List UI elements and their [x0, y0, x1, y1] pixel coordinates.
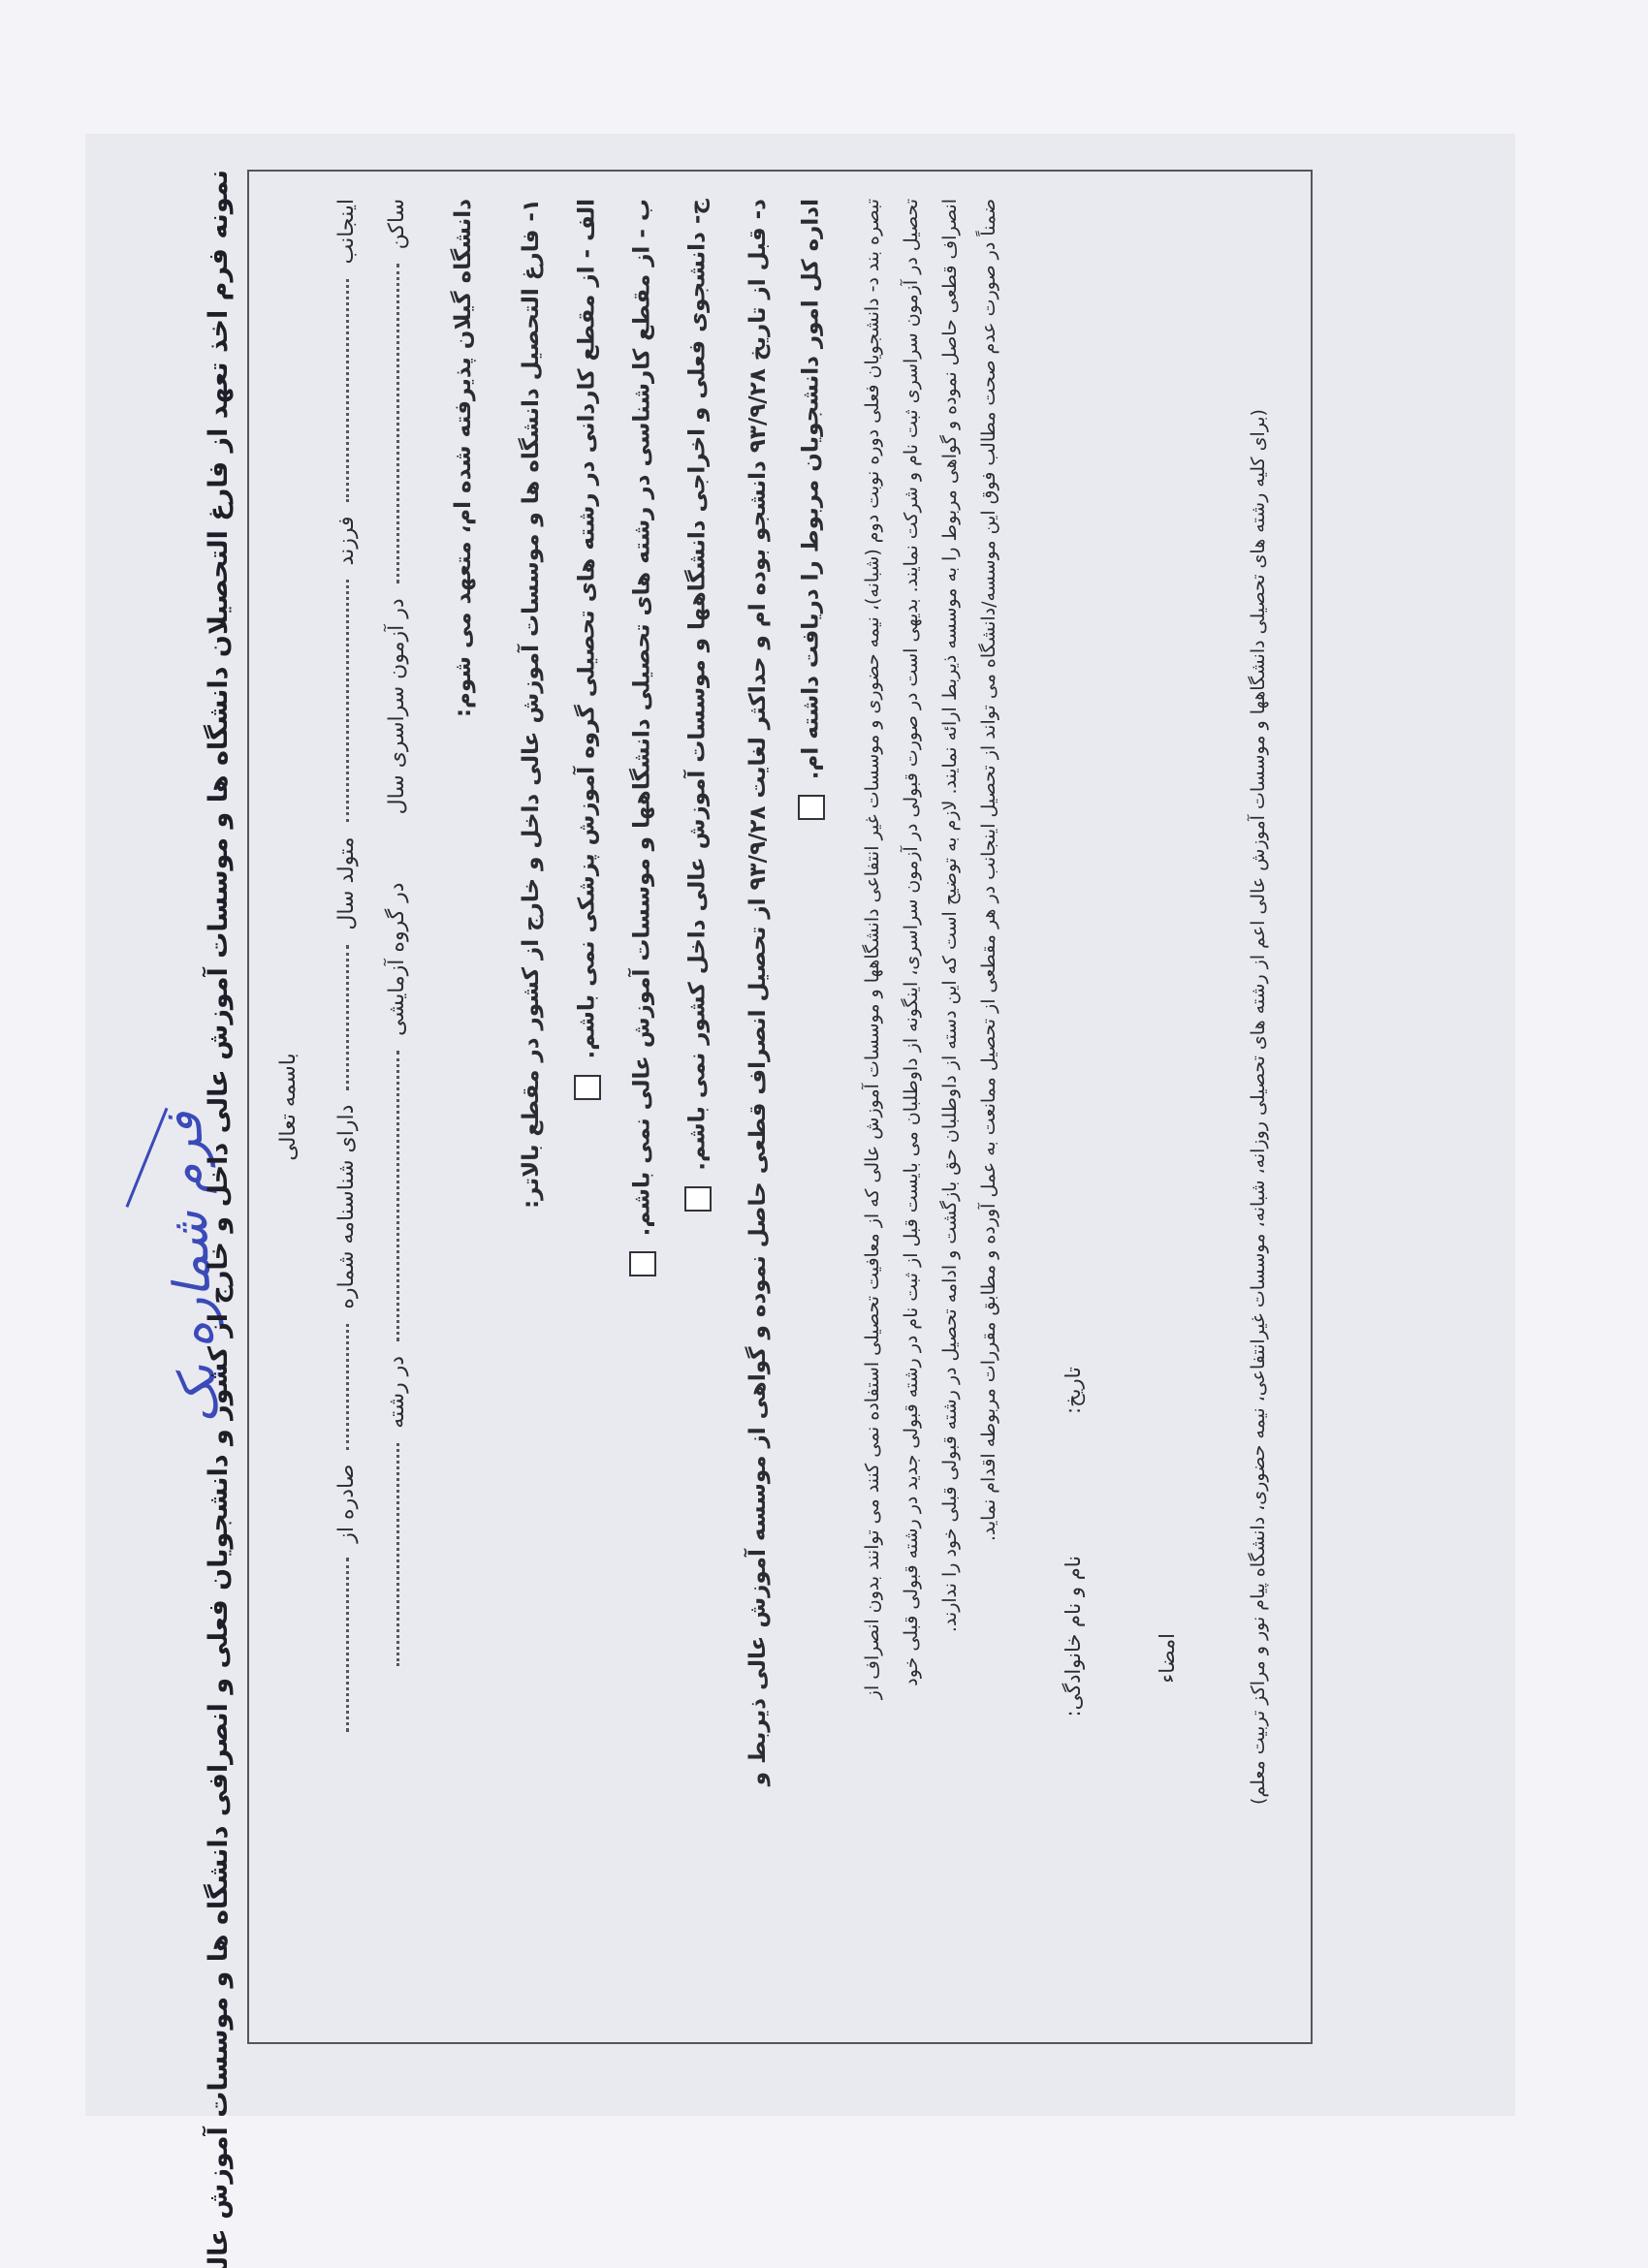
admission-statement: دانشگاه گیلان پذیرفته شده ام، متعهد می ش…	[451, 199, 476, 2015]
clause-a-checkbox[interactable]	[574, 1075, 601, 1100]
clause-b-text: ب - از مقطع کارشناسی در رشته های تحصیلی …	[630, 199, 655, 1236]
field-id-number[interactable]	[346, 1324, 349, 1450]
label-child-of: فرزند	[334, 517, 359, 566]
field-full-name[interactable]	[346, 279, 349, 502]
note-line-2: تحصیل در آزمون سراسری ثبت نام و شرکت نما…	[901, 199, 922, 2015]
full-name-label: نام و نام خانوادگی:	[1062, 1556, 1085, 1717]
identity-line: اینجانب فرزند متولد سال دارای شناسنامه ش…	[334, 199, 359, 2015]
date-label: تاریخ:	[1062, 1367, 1085, 1414]
clause-d-text: اداره کل امور دانشجویان مربوط را دریافت …	[799, 199, 824, 779]
field-issued-from[interactable]	[346, 1558, 349, 1732]
field-father-name[interactable]	[346, 580, 349, 822]
label-major: در رشته	[385, 1356, 409, 1429]
clause-1: ۱- فارغ التحصیل دانشگاه ها و موسسات آموز…	[519, 199, 544, 2015]
label-applicant: اینجانب	[334, 199, 359, 265]
field-birth-year[interactable]	[346, 945, 349, 1090]
signature-label: امضاء	[1156, 1633, 1179, 1684]
clause-b: ب - از مقطع کارشناسی در رشته های تحصیلی …	[629, 199, 656, 2015]
field-major[interactable]	[396, 1443, 399, 1666]
clause-d-line2: اداره کل امور دانشجویان مربوط را دریافت …	[798, 199, 825, 2015]
field-residence[interactable]	[396, 264, 399, 583]
label-birth-year: متولد سال	[334, 836, 359, 929]
form-title: نمونه فرم اخذ تعهد از فارغ التحصیلان دان…	[204, 170, 234, 2044]
footer-note: (برای کلیه رشته های تحصیلی دانشگاهها و م…	[1248, 199, 1269, 2015]
clause-c-text: ج- دانشجوی فعلی و اخراجی دانشگاهها و موس…	[685, 199, 711, 1171]
label-issued-from: صادره از	[334, 1465, 359, 1543]
form-border: باسمه تعالی اینجانب فرزند متولد سال دارا…	[247, 170, 1313, 2044]
note-line-3: انصراف قطعی حاصل نموده و گواهی مربوط را …	[939, 199, 961, 2015]
clause-d-checkbox[interactable]	[798, 795, 825, 820]
note-line-1: تبصره بند د- دانشجویان فعلی دوره نوبت دو…	[862, 199, 883, 2015]
note-line-4: ضمناً در صورت عدم صحت مطالب فوق این موسس…	[978, 199, 999, 2015]
clause-c: ج- دانشجوی فعلی و اخراجی دانشگاهها و موس…	[684, 199, 712, 2015]
label-exam-group: در گروه آزمایشی	[385, 882, 409, 1035]
basmala: باسمه تعالی	[276, 199, 301, 2015]
clause-d-line1: د- قبل از تاریخ ۹۳/۹/۲۸ دانشجو بوده ام و…	[745, 199, 771, 2015]
label-id-number: دارای شناسنامه شماره	[334, 1105, 359, 1309]
clause-a: الف - از مقطع کاردانی در رشته های تحصیلی…	[574, 199, 601, 2015]
clause-a-text: الف - از مقطع کاردانی در رشته های تحصیلی…	[575, 199, 600, 1059]
label-exam-year: در آزمون سراسری سال	[385, 598, 409, 814]
field-exam-year[interactable]	[396, 829, 399, 867]
exam-line: ساکن در آزمون سراسری سال در گروه آزمایشی…	[385, 199, 409, 2015]
clause-c-checkbox[interactable]	[684, 1186, 712, 1212]
field-exam-group[interactable]	[396, 1051, 399, 1341]
commitment-form-sheet: فرم شماره یک نمونه فرم اخذ تعهد از فارغ …	[107, 133, 1483, 2081]
label-residence: ساکن	[385, 199, 409, 249]
clause-b-checkbox[interactable]	[629, 1251, 656, 1276]
